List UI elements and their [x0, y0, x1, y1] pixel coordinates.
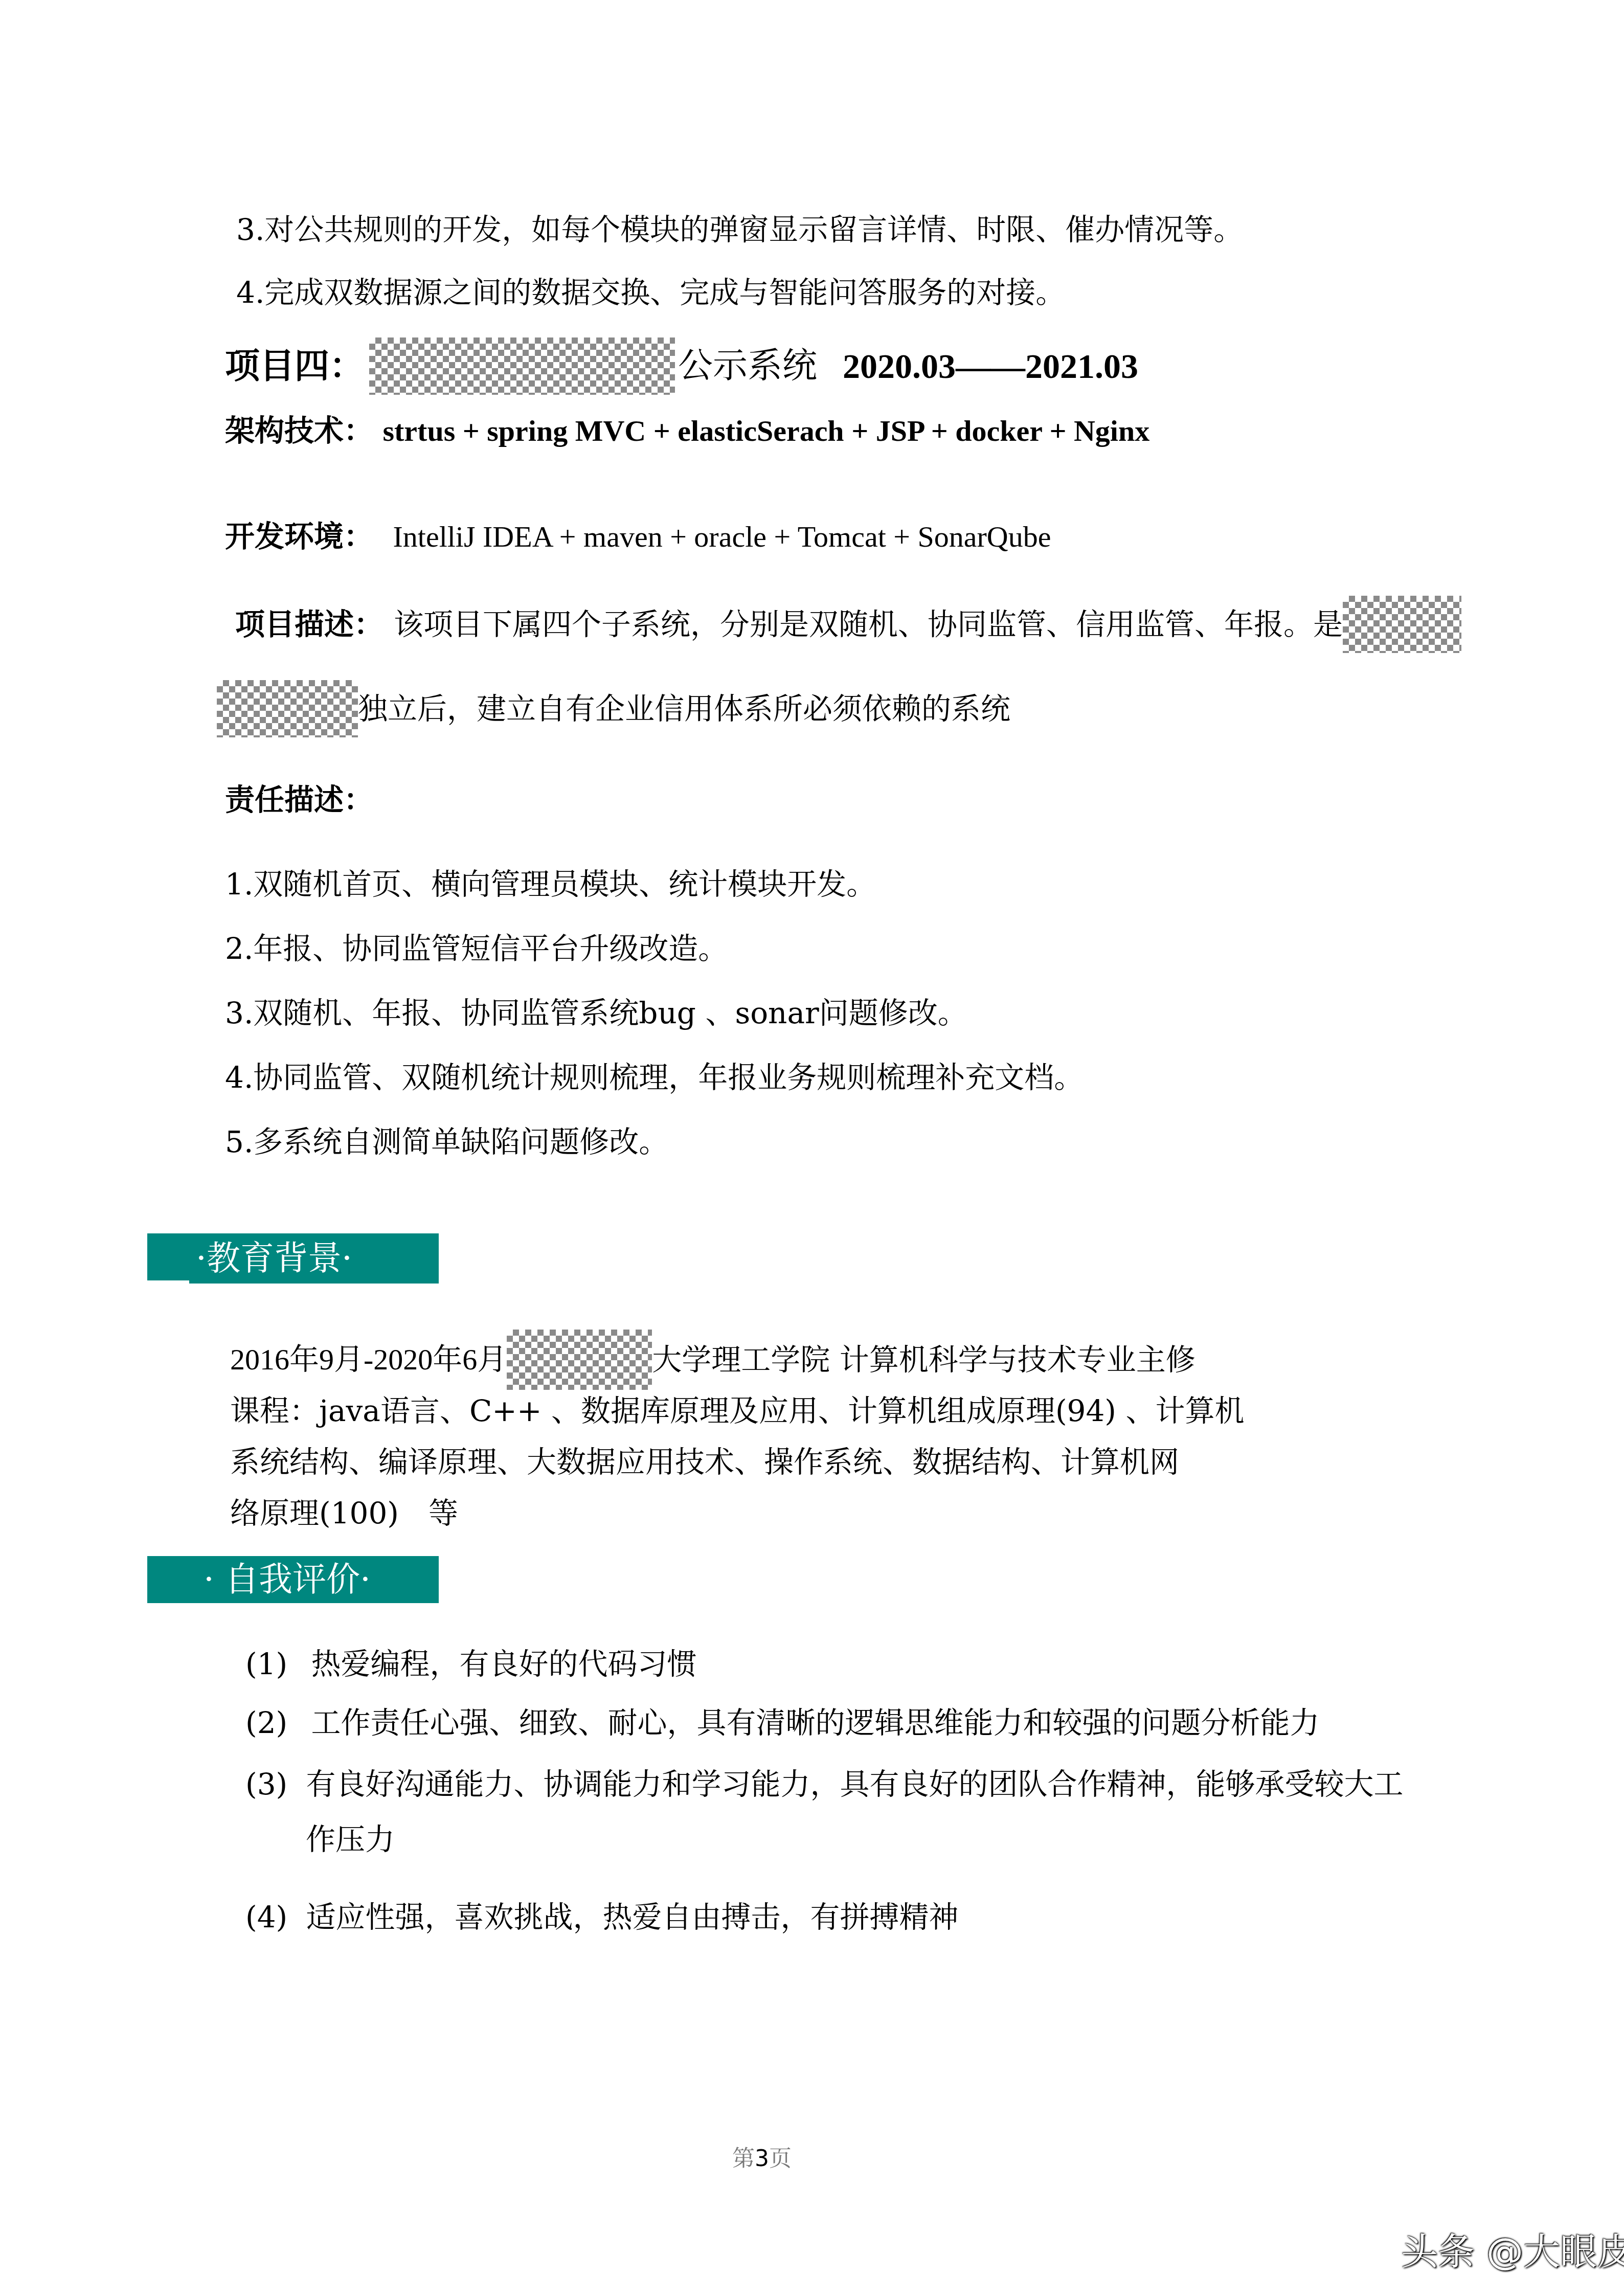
page-prefix: 第 [732, 2146, 755, 2172]
page-number: 第3页 [732, 2140, 792, 2173]
resp-item: 3.双随机、年报、协同监管系统bug 、sonar问题修改。 [225, 998, 967, 1028]
education-period: 2016年9月-2020年6月 [230, 1345, 507, 1375]
project4-title-prefix: 项目四： [225, 349, 364, 384]
self-eval-item: (1) 热爱编程，有良好的代码习惯 [245, 1649, 697, 1679]
project4-desc-line2: 独立后，建立自有企业信用体系所必须依赖的系统 [217, 680, 1010, 737]
env-value: IntelliJ IDEA + maven + oracle + Tomcat … [393, 520, 1051, 553]
education-courses-2: 系统结构、编译原理、大数据应用技术、操作系统、数据结构、计算机网 [230, 1447, 1179, 1477]
project4-period: 2020.03——2021.03 [843, 349, 1138, 384]
item-text: 工作责任心强、细致、耐心，具有清晰的逻辑思维能力和较强的问题分析能力 [311, 1705, 1320, 1740]
education-line1: 2016年9月-2020年6月 大学理工学院 计算机科学与技术专业主修 [230, 1330, 1196, 1390]
item-number: (2) [245, 1705, 287, 1740]
section-title: · 自我评价· [147, 1563, 371, 1596]
item-text: 有良好沟通能力、协调能力和学习能力，具有良好的团队合作精神，能够承受较大工 [306, 1767, 1404, 1802]
env-label: 开发环境： [225, 519, 373, 554]
item-number: (3) [245, 1767, 287, 1802]
resp-item: 1.双随机首页、横向管理员模块、统计模块开发。 [225, 869, 876, 899]
self-eval-item: (2) 工作责任心强、细致、耐心，具有清晰的逻辑思维能力和较强的问题分析能力 [245, 1708, 1320, 1738]
prev-project-item-4: 4.完成双数据源之间的数据交换、完成与智能问答服务的对接。 [236, 278, 1065, 307]
education-courses-3: 络原理(100) 等 [230, 1498, 458, 1528]
redacted-mosaic [217, 680, 358, 737]
resp-item: 2.年报、协同监管短信平台升级改造。 [225, 934, 728, 963]
project4-title: 项目四： 公示系统 2020.03——2021.03 [225, 337, 1138, 395]
item-text: 适应性强，喜欢挑战，热爱自由搏击，有拼搏精神 [306, 1900, 959, 1934]
page-suffix: 页 [769, 2146, 792, 2172]
resp-item: 4.协同监管、双随机统计规则梳理，年报业务规则梳理补充文档。 [225, 1063, 1084, 1092]
arch-value: strtus + spring MVC + elasticSerach + JS… [382, 414, 1149, 447]
desc-text-2: 独立后，建立自有企业信用体系所必须依赖的系统 [358, 694, 1010, 724]
section-title: ·教育背景· [147, 1242, 352, 1275]
section-header-self-evaluation: · 自我评价· [147, 1556, 439, 1603]
project4-title-suffix: 公示系统 [678, 349, 817, 384]
prev-project-item-3: 3.对公共规则的开发，如每个模块的弹窗显示留言详情、时限、催办情况等。 [236, 215, 1243, 244]
desc-text-1: 该项目下属四个子系统，分别是双随机、协同监管、信用监管、年报。是 [394, 610, 1343, 639]
watermark: 头条 @大眼皮卡 [1401, 2222, 1624, 2275]
resp-label: 责任描述： [225, 785, 373, 815]
item-number: (1) [245, 1647, 287, 1681]
redacted-mosaic [369, 337, 675, 395]
education-school: 大学理工学院 计算机科学与技术专业主修 [652, 1345, 1195, 1375]
self-eval-item: (4) 适应性强，喜欢挑战，热爱自由搏击，有拼搏精神 [245, 1902, 959, 1932]
redacted-mosaic [507, 1330, 652, 1390]
page-number-value: 3 [755, 2146, 769, 2172]
desc-label: 项目描述： [235, 610, 384, 639]
project4-arch: 架构技术： strtus + spring MVC + elasticSerac… [225, 416, 1149, 446]
item-text: 热爱编程，有良好的代码习惯 [311, 1647, 697, 1681]
project4-desc-line1: 项目描述： 该项目下属四个子系统，分别是双随机、协同监管、信用监管、年报。是 [235, 596, 1461, 653]
redacted-mosaic [1343, 596, 1461, 653]
self-eval-item-continuation: 作压力 [306, 1825, 395, 1854]
item-number: (4) [245, 1900, 287, 1934]
resp-item: 5.多系统自测简单缺陷问题修改。 [225, 1127, 668, 1157]
self-eval-item: (3) 有良好沟通能力、协调能力和学习能力，具有良好的团队合作精神，能够承受较大… [245, 1769, 1404, 1799]
arch-label: 架构技术： [225, 413, 373, 448]
divider [147, 1280, 189, 1284]
project4-env: 开发环境： IntelliJ IDEA + maven + oracle + T… [225, 522, 1051, 552]
education-courses-1: 课程：java语言、C++ 、数据库原理及应用、计算机组成原理(94) 、计算机 [230, 1396, 1244, 1426]
section-header-education: ·教育背景· [147, 1233, 439, 1284]
